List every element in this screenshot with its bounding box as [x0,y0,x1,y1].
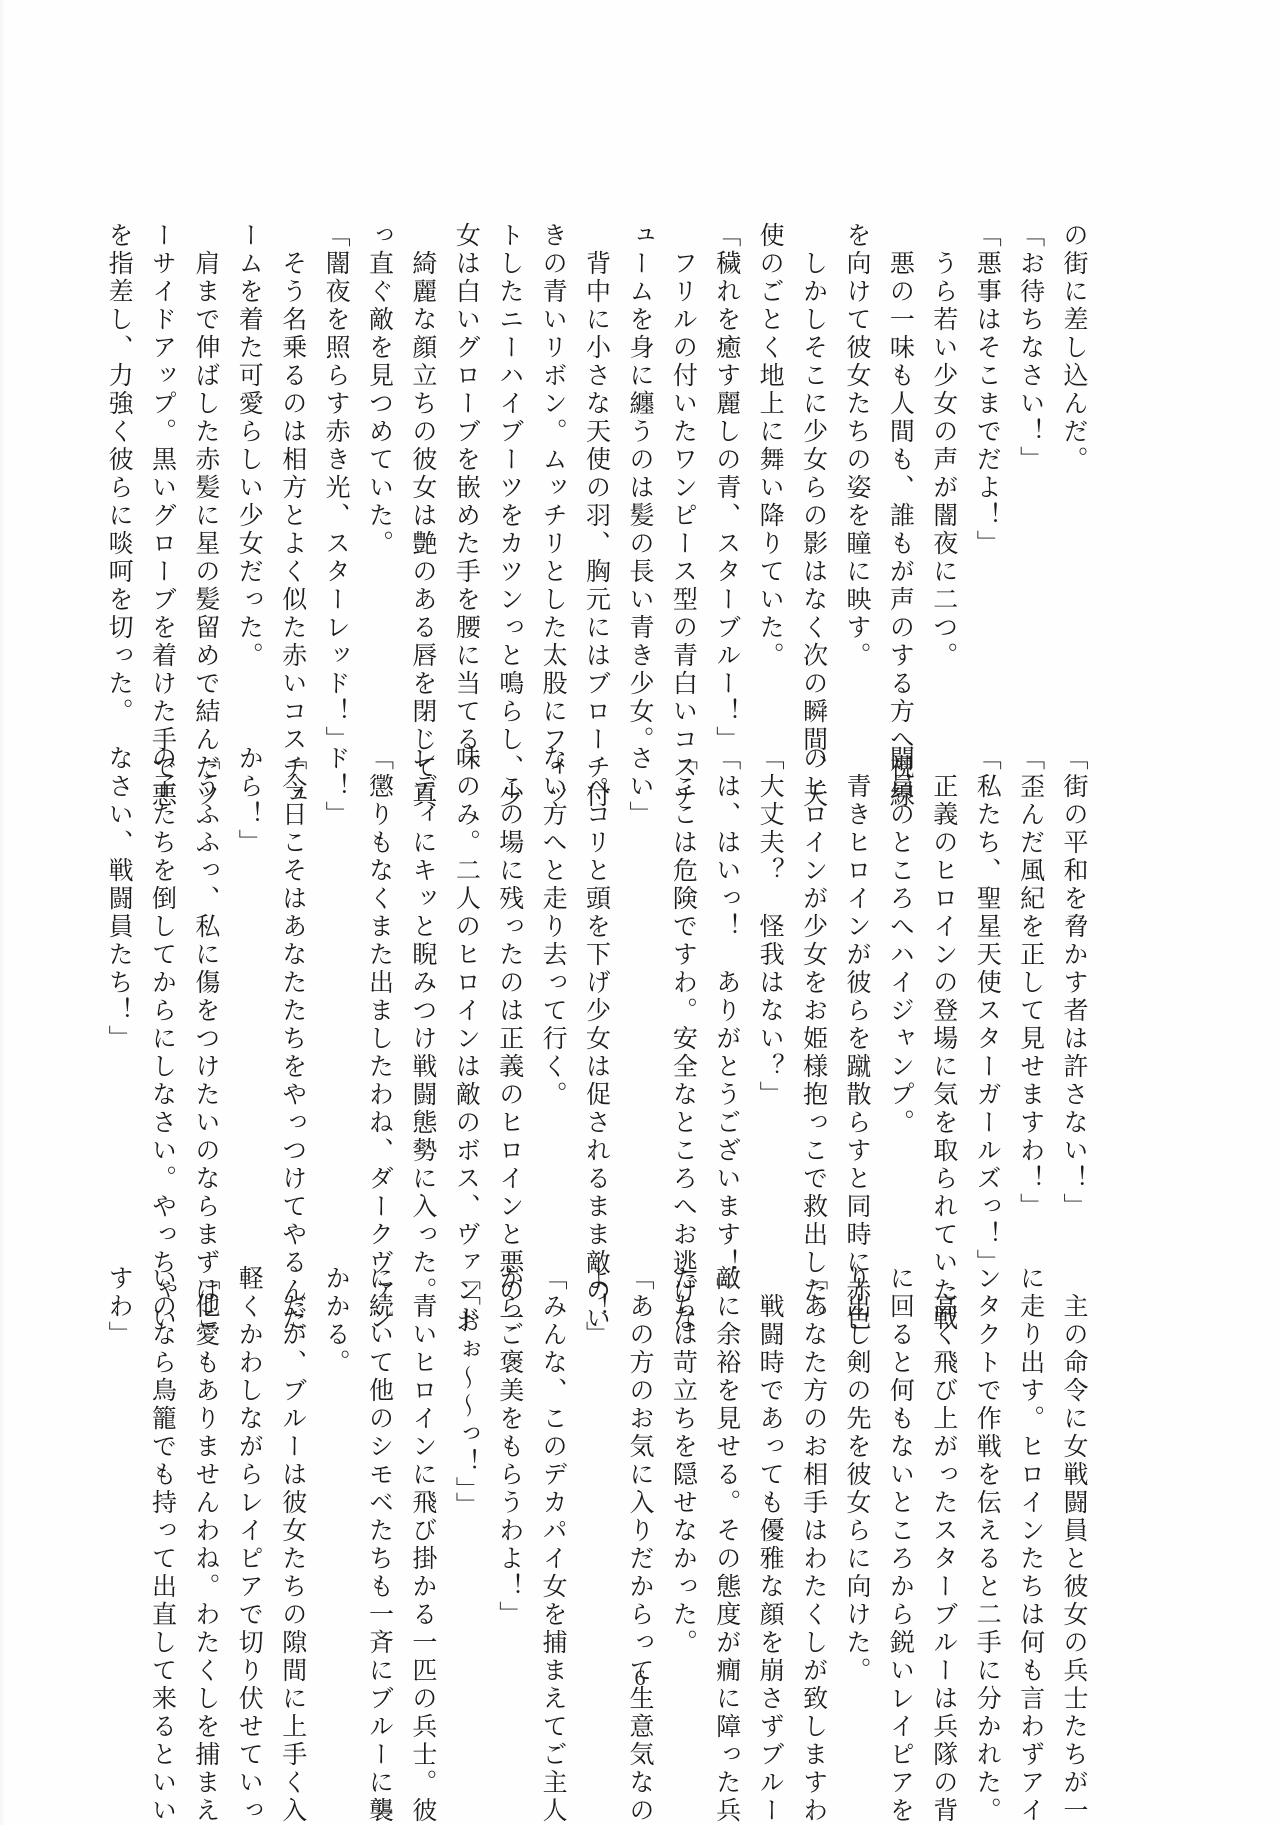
text-line: 「は、はいっ！ ありがとうございます！」 [705,745,748,1203]
text-line: トしたニーハイブーツをカツンっと鳴らし、少 [488,222,531,680]
text-line: 青いヒロインに飛び掛かる一匹の兵士。彼女 [402,1265,445,1723]
text-line: この場に残ったのは正義のヒロインと悪の一 [488,745,531,1203]
text-line: うら若い少女の声が闇夜に二つ。 [922,222,965,680]
text-line: を指差し、力強く彼らに啖呵を切った。 [98,222,141,680]
text-line: を向けて彼女たちの姿を瞳に映す。 [836,222,879,680]
text-line: 「お待ちなさい！」 [1009,222,1052,680]
text-line: きの青いリボン。ムッチリとした太股にフィッ [532,222,575,680]
text-line: 悪の一味も人間も、誰もが声のする方へ視線 [879,222,922,680]
text-line: すわ」 [98,1265,141,1723]
text-line: レディにキッと睨みつけ戦闘態勢に入った。 [402,745,445,1203]
text-line: 「あの方のお気に入りだからって生意気なの [619,1265,662,1723]
text-line: 戦闘時であっても優雅な顔を崩さずブルーは [749,1265,792,1723]
text-line: 「歪んだ風紀を正して見せますわ！」 [1009,745,1052,1203]
text-line: からご褒美をもらうわよ！」 [488,1265,531,1723]
text-line: 「みんな、このデカパイ女を捕まえてご主人様 [532,1265,575,1723]
text-line: 背中に小さな天使の羽、胸元にはブローチ付 [575,222,618,680]
text-line: の街に差し込んだ。 [1053,222,1096,680]
text-line: ペコリと頭を下げ少女は促されるまま敵のい [575,745,618,1203]
text-line: っ直ぐ敵を見つめていた。 [358,222,401,680]
text-line: 「ここは危険ですわ。安全なところへお逃げな [662,745,705,1203]
text-line: いのなら鳥籠でも持って出直して来るといいで [141,1265,184,1723]
text-line: ームを着た可愛らしい少女だった。 [228,222,271,680]
text-line: フリルの付いたワンピース型の青白いコスチ [662,222,705,680]
text-tier-middle: 「街の平和を脅かす者は許さない！」「歪んだ風紀を正して見せますわ！」「私たち、聖… [196,745,1096,1203]
text-line: 正義のヒロインの登場に気を取られていた戦 [922,745,965,1203]
text-line: に続いて他のシモベたちも一斉にブルーに襲い [358,1265,401,1723]
text-line: ない方へと走り去って行く。 [532,745,575,1203]
text-line: 綺麗な顔立ちの彼女は艶のある唇を閉じて真 [402,222,445,680]
text-line: に走り出す。ヒロインたちは何も言わずアイコ [1009,1265,1052,1723]
text-line: だが、ブルーは彼女たちの隙間に上手く入り、 [271,1265,314,1723]
text-line: 「他愛もありませんわね。わたくしを捕まえた [184,1265,227,1723]
text-line: 「うふふっ、私に傷をつけたいのならまずはこ [184,745,227,1203]
text-line: 肩まで伸ばした赤髪に星の髪留めで結んだツ [184,222,227,680]
text-line: 闘員のところへハイジャンプ。 [879,745,922,1203]
text-line: 高く飛び上がったスターブルーは兵隊の背後 [922,1265,965,1723]
text-line: 「今日こそはあなたたちをやっつけてやるんだ [271,745,314,1203]
text-line: の子たちを倒してからにしなさい。やっちゃい [141,745,184,1203]
text-line: 女は白いグローブを嵌めた手を腰に当てる。 [445,222,488,680]
text-line: たちは苛立ちを隠せなかった。 [662,1265,705,1723]
text-line: 軽くかわしながらレイピアで切り伏せていった。 [228,1265,271,1723]
text-line: かかる。 [315,1265,358,1723]
text-line: 「悪事はそこまでだよ！」 [966,222,1009,680]
text-line: なさい、戦闘員たち！」 [98,745,141,1203]
text-line: ド！」 [315,745,358,1203]
text-line: 「「おぉ～～っ！」」 [445,1265,488,1723]
text-line: 「あなた方のお相手はわたくしが致しますわ」 [792,1265,835,1723]
text-line: 「街の平和を脅かす者は許さない！」 [1053,745,1096,1203]
page-edge-shadow [0,0,6,1825]
text-line: 主の命令に女戦闘員と彼女の兵士たちが一斉 [1053,1265,1096,1723]
text-line: ュームを身に纏うのは髪の長い青き少女。 [619,222,662,680]
text-line: 「懲りもなくまた出ましたわね、ダークヴァン [358,745,401,1203]
text-line: に回ると何もないところから鋭いレイピアを取 [879,1265,922,1723]
text-line: 敵に余裕を見せる。その態度が癇に障った兵士 [705,1265,748,1723]
text-line: そう名乗るのは相方とよく似た赤いコスチュ [271,222,314,680]
text-line: 「私たち、聖星天使スターガールズっ！」 [966,745,1009,1203]
text-line: しかしそこに少女らの影はなく次の瞬間、天 [792,222,835,680]
text-line: よ！」 [575,1265,618,1723]
text-line: さい」 [619,745,662,1203]
text-line: 「穢れを癒す麗しの青、スターブルー！」 [705,222,748,680]
text-line: り出し剣の先を彼女らに向けた。 [836,1265,879,1723]
text-line: から！」 [228,745,271,1203]
text-line: のヒロインが少女をお姫様抱っこで救出した。 [792,745,835,1203]
text-line: ーサイドアップ。黒いグローブを着けた手で悪 [141,222,184,680]
book-page: の街に差し込んだ。「お待ちなさい！」「悪事はそこまでだよ！」 うら若い少女の声が… [0,0,1280,1825]
text-line: 「大丈夫？ 怪我はない？」 [749,745,792,1203]
text-tier-top: の街に差し込んだ。「お待ちなさい！」「悪事はそこまでだよ！」 うら若い少女の声が… [196,222,1096,680]
text-line: 青きヒロインが彼らを蹴散らすと同時に赤色 [836,745,879,1203]
text-line: 使のごとく地上に舞い降りていた。 [749,222,792,680]
page-number: 6 [0,1665,1280,1691]
text-tier-bottom: 主の命令に女戦闘員と彼女の兵士たちが一斉に走り出す。ヒロインたちは何も言わずアイ… [196,1265,1096,1723]
text-line: 味のみ。二人のヒロインは敵のボス、ヴァンド [445,745,488,1203]
text-line: ンタクトで作戦を伝えると二手に分かれた。 [966,1265,1009,1723]
text-line: 「闇夜を照らす赤き光、スターレッド！」 [315,222,358,680]
